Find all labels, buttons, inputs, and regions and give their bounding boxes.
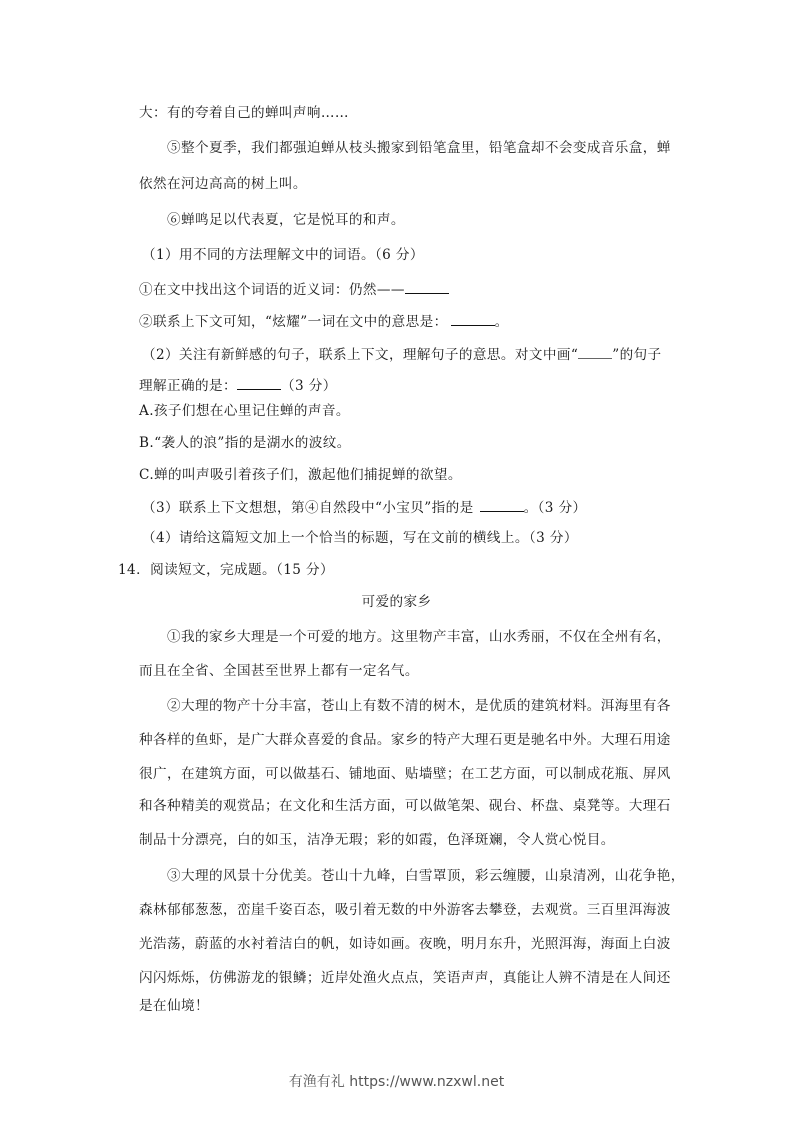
paragraph-2-line-1: ②大理的物产十分丰富，苍山上有数不清的树木，是优质的建筑材料。洱海里有各	[167, 697, 671, 715]
paragraph-2-line-4: 和各种精美的观赏品；在文化和生活方面，可以做笔架、砚台、杯盘、桌凳等。大理石	[139, 797, 671, 815]
question-2-text: （2）关注有新鲜感的句子，联系上下文，理解句子的意思。对文中画“	[142, 347, 578, 363]
question-2-line-2: 理解正确的是：（3 分）	[139, 375, 337, 395]
paragraph-3-line-2: 森林郁郁葱葱，峦崖千姿百态，吸引着无数的中外游客去攀登，去观赏。三百里洱海波	[139, 901, 671, 919]
answer-blank[interactable]	[405, 279, 449, 294]
option-a: A.孩子们想在心里记住蝉的声音。	[139, 402, 350, 420]
question-2-suffix: ”的句子	[612, 347, 661, 363]
paragraph-1-line-1: ①我的家乡大理是一个可爱的地方。这里物产丰富，山水秀丽，不仅在全州有名，	[167, 628, 671, 646]
question-1b-text: ②联系上下文可知，“炫耀”一词在文中的意思是：	[139, 314, 448, 330]
passage-line-continuation: 大：有的夸着自己的蝉叫声响……	[139, 104, 349, 122]
question-1a: ①在文中找出这个词语的近义词：仍然——	[139, 279, 449, 299]
question-1b: ②联系上下文可知，“炫耀”一词在文中的意思是：。	[139, 311, 509, 331]
question-14-header: 14．阅读短文，完成题。（15 分）	[118, 561, 334, 579]
paragraph-6: ⑥蝉鸣足以代表夏，它是悦耳的和声。	[167, 211, 405, 229]
paragraph-5-line-1: ⑤整个夏季，我们都强迫蝉从枝头搬家到铅笔盒里，铅笔盒却不会变成音乐盒，蝉	[167, 139, 671, 157]
question-3-text: （3）联系上下文想想，第④自然段中“小宝贝”指的是	[142, 500, 474, 516]
paragraph-3-line-1: ③大理的风景十分优美。苍山十九峰，白雪罩顶，彩云缠腰，山泉清冽，山花争艳，	[167, 867, 685, 885]
question-2-score: （3 分）	[281, 378, 337, 394]
answer-blank[interactable]	[480, 497, 524, 512]
passage-title: 可爱的家乡	[0, 593, 793, 611]
question-3: （3）联系上下文想想，第④自然段中“小宝贝”指的是。（3 分）	[142, 497, 587, 517]
answer-blank[interactable]	[451, 311, 495, 326]
paragraph-2-line-2: 种各样的鱼虾，是广大群众喜爱的食品。家乡的特产大理石更是驰名中外。大理石用途	[139, 731, 671, 749]
paragraph-3-line-5: 是在仙境！	[139, 997, 209, 1015]
option-b: B.“袭人的浪”指的是湖水的波纹。	[139, 434, 351, 452]
question-3-suffix: 。（3 分）	[524, 500, 587, 516]
paragraph-1-line-2: 而且在全省、全国甚至世界上都有一定名气。	[139, 662, 419, 680]
paragraph-2-line-3: 很广，在建筑方面，可以做基石、铺地面、贴墙壁；在工艺方面，可以制成花瓶、屏风	[139, 765, 671, 783]
option-c: C.蝉的叫声吸引着孩子们，激起他们捕捉蝉的欲望。	[139, 466, 462, 484]
footer-watermark: 有渔有礼 https://www.nzxwl.net	[0, 1071, 793, 1091]
paragraph-3-line-3: 光浩荡，蔚蓝的水衬着洁白的帆，如诗如画。夜晚，明月东升，光照洱海，海面上白波	[139, 935, 671, 953]
question-1a-text: ①在文中找出这个词语的近义词：仍然——	[139, 282, 405, 298]
question-4: （4）请给这篇短文加上一个恰当的标题，写在文前的横线上。（3 分）	[142, 529, 578, 547]
question-1b-suffix: 。	[495, 314, 509, 330]
question-1: （1）用不同的方法理解文中的词语。（6 分）	[142, 246, 424, 264]
paragraph-5-line-2: 依然在河边高高的树上叫。	[139, 175, 307, 193]
answer-blank[interactable]	[237, 375, 281, 390]
question-2-line-1: （2）关注有新鲜感的句子，联系上下文，理解句子的意思。对文中画“”的句子	[142, 344, 662, 364]
underline-mark	[578, 344, 612, 359]
question-2-line-2-text: 理解正确的是：	[139, 378, 237, 394]
paragraph-3-line-4: 闪闪烁烁，仿佛游龙的银鳞；近岸处渔火点点，笑语声声，真能让人辨不清是在人间还	[139, 969, 671, 987]
paragraph-2-line-5: 制品十分漂亮，白的如玉，洁净无瑕；彩的如霞，色泽斑斓，令人赏心悦目。	[139, 831, 615, 849]
